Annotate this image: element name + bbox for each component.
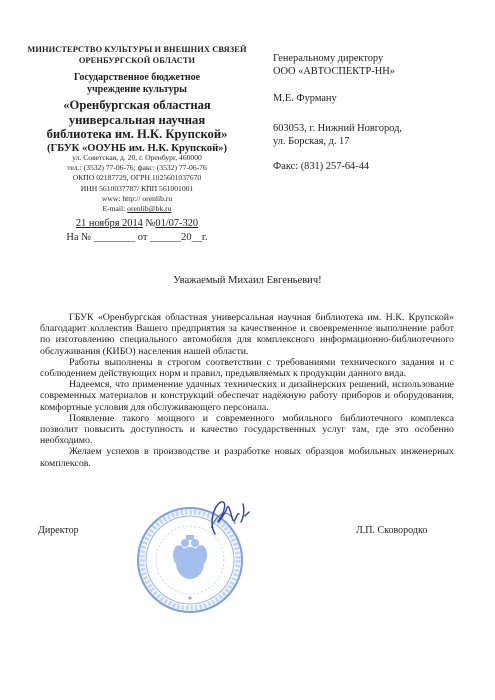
- recipient-position-company: Генеральному директору ООО «АВТОСПЕКТР-Н…: [273, 52, 395, 78]
- institution-name: «Оренбургская областная универсальная на…: [22, 98, 252, 156]
- recipient-address-line2: ул. Борская, д. 17: [273, 135, 402, 148]
- signature-icon: [205, 498, 255, 538]
- institution-name-line1: «Оренбургская областная: [22, 98, 252, 113]
- institution-type-line2: учреждение культуры: [22, 84, 252, 96]
- ministry-header: МИНИСТЕРСТВО КУЛЬТУРЫ И ВНЕШНИХ СВЯЗЕЙ О…: [22, 44, 252, 66]
- paragraph-5: Желаем успехов в производстве и разработ…: [40, 446, 454, 468]
- document-date: 21 ноября 2014: [76, 218, 143, 229]
- salutation: Уважаемый Михаил Евгеньевич!: [0, 275, 495, 286]
- sender-website: www: http:// orenlib.ru: [22, 194, 252, 204]
- email-label: E-mail:: [102, 204, 127, 213]
- recipient-address: 603053, г. Нижний Новгород, ул. Борская,…: [273, 122, 402, 148]
- sender-okpo-ogrn: ОКПО 02187729, ОГРН 1025601037670: [22, 173, 252, 183]
- recipient-position: Генеральному директору: [273, 52, 395, 65]
- sender-phones: тел.: (3532) 77-06-76; факс: (3532) 77-0…: [22, 163, 252, 173]
- institution-name-line2: универсальная научная: [22, 113, 252, 128]
- sender-address: ул. Советская, д. 20, г. Оренбург, 46000…: [22, 153, 252, 163]
- recipient-fax: Факс: (831) 257-64-44: [273, 160, 369, 173]
- document-date-number: 21 ноября 2014 №01/07-320: [22, 217, 252, 230]
- document-number: 01/07-320: [155, 218, 198, 229]
- handwritten-signature: [205, 498, 255, 538]
- paragraph-4: Появление такого мощного и современного …: [40, 413, 454, 447]
- recipient-address-line1: 603053, г. Нижний Новгород,: [273, 122, 402, 135]
- email-link[interactable]: orenlib@bk.ru: [127, 204, 171, 213]
- signer-name: Л.П. Сковородко: [356, 525, 427, 536]
- sender-inn-kpp: ИНН 5610037787/ КПП 561001001: [22, 184, 252, 194]
- sender-contacts: ул. Советская, д. 20, г. Оренбург, 46000…: [22, 153, 252, 214]
- paragraph-2: Работы выполнены в строгом соответствии …: [40, 357, 454, 379]
- signer-title: Директор: [38, 525, 79, 536]
- recipient-company: ООО «АВТОСПЕКТР-НН»: [273, 65, 395, 78]
- reference-line: На № ________ от ______20__г.: [22, 231, 252, 244]
- institution-type: Государственное бюджетное учреждение кул…: [22, 72, 252, 96]
- recipient-name: М.Е. Фурману: [273, 92, 337, 105]
- institution-name-line3: библиотека им. Н.К. Крупской»: [22, 127, 252, 142]
- number-label: №: [145, 218, 155, 229]
- paragraph-1: ГБУК «Оренбургская областная универсальн…: [40, 312, 454, 357]
- letter-body: ГБУК «Оренбургская областная универсальн…: [40, 312, 454, 469]
- institution-type-line1: Государственное бюджетное: [22, 72, 252, 84]
- paragraph-3: Надеемся, что применение удачных техниче…: [40, 379, 454, 413]
- sender-email-line: E-mail: orenlib@bk.ru: [22, 204, 252, 214]
